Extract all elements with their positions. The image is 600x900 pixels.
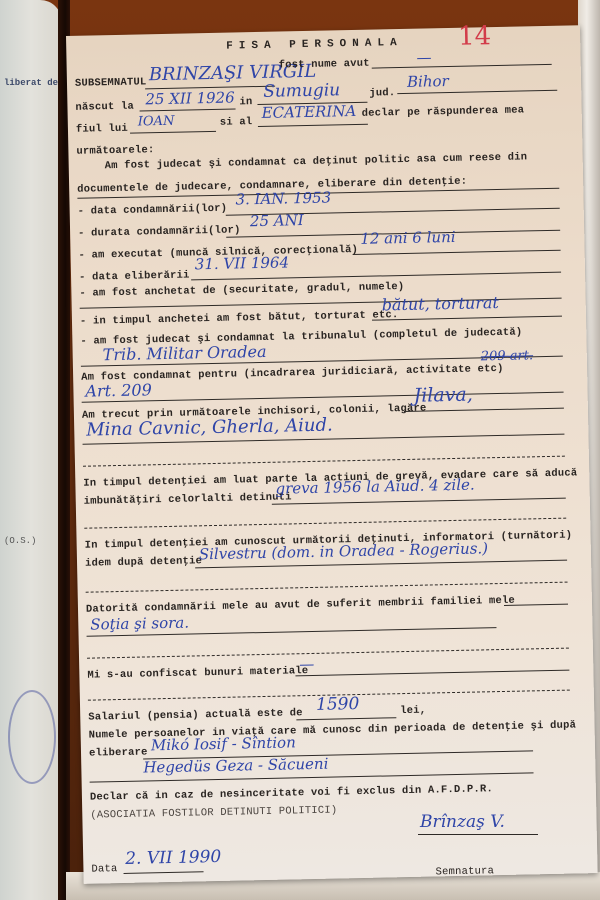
field-nascut[interactable]: 25 XII 1926 <box>145 88 235 108</box>
label-jud: jud. <box>369 87 395 100</box>
label-durata: - durata condamnării(lor) <box>78 224 241 239</box>
field-tribunal[interactable]: Trib. Militar Oradea <box>102 342 266 364</box>
fill-line <box>140 108 236 111</box>
fill-line <box>272 498 566 505</box>
field-jud[interactable]: Bihor <box>407 72 449 91</box>
fill-line <box>124 871 204 874</box>
field-in[interactable]: Sumugiu <box>263 80 340 102</box>
fill-line <box>353 250 561 255</box>
field-condamnat-pentru[interactable]: Art. 209 <box>85 380 152 400</box>
declar-text-2: Declar că in caz de nesinceritate voi fi… <box>90 783 493 803</box>
label-salariu-unit: lei, <box>400 705 426 718</box>
field-greva[interactable]: greva 1956 la Aiud. 4 zile. <box>275 476 475 498</box>
text-urmatoarele: următoarele: <box>76 144 154 158</box>
fill-line <box>404 408 564 412</box>
field-salariu[interactable]: 1590 <box>316 694 360 715</box>
fill-line <box>84 518 566 529</box>
field-data-condamnarii[interactable]: 3. IAN. 1953 <box>235 188 331 208</box>
background-page: liberat de (O.S.) <box>0 0 62 900</box>
fill-line <box>82 392 564 403</box>
fill-line <box>372 316 562 321</box>
label-in: in <box>239 96 252 108</box>
field-persoane-1[interactable]: Mikó Iosif - Sîntion <box>151 733 296 754</box>
fill-line <box>130 131 216 134</box>
label-familie: Datorită condamnării mele au avut de suf… <box>86 595 515 616</box>
label-nascut: născut la <box>75 101 134 114</box>
label-si-al: si al <box>220 116 253 129</box>
label-salariu: Salariul (pensia) actuală este de <box>88 707 303 723</box>
fill-line <box>372 64 552 69</box>
label-eliberare: - data eliberării <box>79 269 190 283</box>
label-fost-nume: fost nume avut <box>279 58 370 72</box>
field-eliberare[interactable]: 31. VII 1964 <box>195 253 290 273</box>
page-number-annotation: 14 <box>458 21 492 52</box>
background-page-text: (O.S.) <box>4 536 36 546</box>
form-title: FISA PERSONALA <box>226 37 403 53</box>
signature-line <box>418 834 538 835</box>
field-durata[interactable]: 25 ANI <box>250 211 304 230</box>
field-familie[interactable]: Soţia şi sora. <box>90 614 189 634</box>
label-data-condamnarii: - data condamnării(lor) <box>78 203 228 218</box>
declar-text: declar pe răspunderea mea <box>362 104 525 119</box>
label-batut: - in timpul anchetei am fost bătut, tort… <box>80 309 399 328</box>
field-persoane-2[interactable]: Hegedüs Geza - Săcueni <box>143 755 328 777</box>
stamp-mark <box>8 690 56 784</box>
field-fost-nume[interactable]: — <box>416 48 431 66</box>
field-batut[interactable]: bătut, torturat <box>382 293 500 314</box>
label-idem: idem după detenţie <box>85 555 202 569</box>
label-data: Data <box>91 863 117 876</box>
fill-line <box>504 604 568 606</box>
signature[interactable]: Brînzaş V. <box>420 812 505 832</box>
label-semnatura: Semnatura <box>435 865 494 878</box>
field-inchisori-2[interactable]: Mina Cavnic, Gherla, Aiud. <box>86 415 333 441</box>
label-greva-2: imbunătăţiri celorlalti detinuti <box>84 491 292 507</box>
label-persoane-2: eliberare <box>89 746 148 759</box>
label-anchetat: - am fost anchetat de (securitate, gradu… <box>79 281 404 300</box>
fill-line <box>191 272 561 281</box>
field-executat[interactable]: 12 ani 6 luni <box>360 228 456 248</box>
label-confiscat: Mi s-au confiscat bunuri materiale <box>87 665 308 682</box>
personal-form-sheet: FISA PERSONALA 14 SUBSEMNATUL BRINZAŞI V… <box>66 25 598 884</box>
fill-line <box>83 456 565 467</box>
fill-line <box>258 124 368 127</box>
field-fiul[interactable]: IOAN <box>138 114 175 130</box>
label-subsemnatul: SUBSEMNATUL <box>75 76 147 89</box>
fill-line <box>295 670 569 677</box>
fill-line <box>86 582 568 593</box>
fill-line <box>87 648 569 659</box>
text-judecat: Am fost judecat şi condamnat ca deţinut … <box>105 151 528 172</box>
field-si-al[interactable]: ECATERINA <box>261 102 356 122</box>
field-condamnat-pentru-struck: 209 art. <box>481 348 534 364</box>
field-confiscat[interactable]: — <box>299 655 314 673</box>
label-fiul: fiul lui <box>76 123 128 136</box>
background-page-text: liberat de <box>4 78 58 88</box>
field-data[interactable]: 2. VII 1990 <box>125 847 221 869</box>
fill-line <box>296 717 396 720</box>
field-inchisori-1[interactable]: Jilava, <box>413 384 473 407</box>
declar-text-3: (ASOCIATIA FOSTILOR DETINUTI POLITICI) <box>90 804 337 821</box>
